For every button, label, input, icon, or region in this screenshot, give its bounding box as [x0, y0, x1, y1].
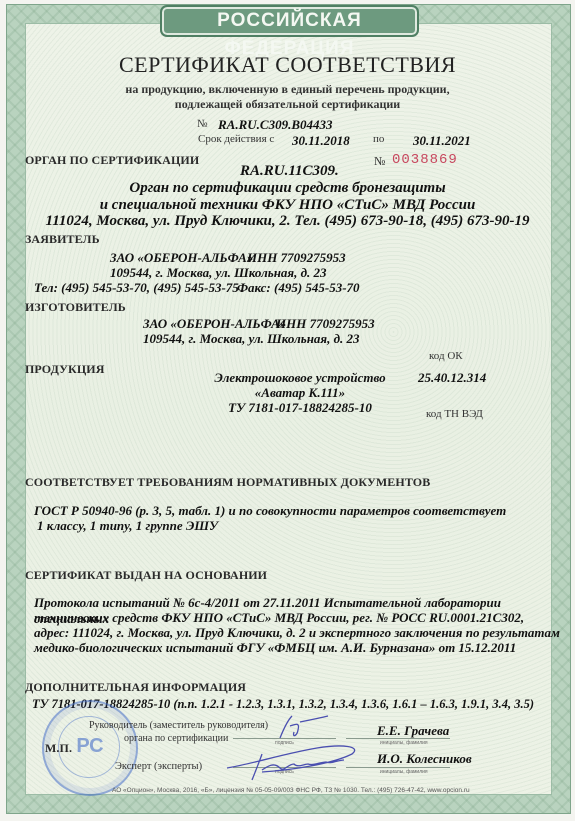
product-label: ПРОДУКЦИЯ: [25, 362, 104, 377]
expert-name-caption: инициалы, фамилия: [380, 769, 428, 775]
cert-body-line-3: 111024, Москва, ул. Пруд Ключики, 2. Тел…: [0, 213, 575, 230]
manufacturer-label: ИЗГОТОВИТЕЛЬ: [25, 300, 126, 315]
head-signature: [270, 712, 330, 742]
additional-label: ДОПОЛНИТЕЛЬНАЯ ИНФОРМАЦИЯ: [25, 680, 246, 695]
applicant-inn: ИНН 7709275953: [247, 250, 346, 266]
product-line-3: ТУ 7181-017-18824285-10: [140, 400, 460, 416]
applicant-fax: Факс: (495) 545-53-70: [237, 280, 360, 296]
validity-from: 30.11.2018: [292, 133, 350, 149]
product-line-2: «Аватар К.111»: [140, 385, 460, 401]
validity-to-label: по: [373, 133, 384, 145]
ok-code-label: код ОК: [429, 350, 463, 362]
manufacturer-name: ЗАО «ОБЕРОН-АЛЬФА»: [143, 316, 286, 332]
country-banner: РОССИЙСКАЯ ФЕДЕРАЦИЯ: [160, 5, 419, 37]
conformity-label: СООТВЕТСТВУЕТ ТРЕБОВАНИЯМ НОРМАТИВНЫХ ДО…: [25, 475, 430, 490]
manufacturer-inn: ИНН 7709275953: [276, 316, 375, 332]
certificate-number: RA.RU.C309.B04433: [218, 117, 333, 133]
applicant-name: ЗАО «ОБЕРОН-АЛЬФА»: [110, 250, 253, 266]
applicant-address: 109544, г. Москва, ул. Школьная, д. 23: [110, 265, 327, 281]
basis-line-2: технических средств ФКУ НПО «СТиС» МВД Р…: [34, 610, 524, 626]
basis-line-3: адрес: 111024, г. Москва, ул. Пруд Ключи…: [34, 625, 560, 641]
cert-body-line-1: Орган по сертификации средств бронезащит…: [0, 180, 575, 197]
head-name-caption: инициалы, фамилия: [380, 740, 428, 746]
applicant-phones: Тел: (495) 545-53-70, (495) 545-53-75: [34, 280, 239, 296]
certificate-title: СЕРТИФИКАТ СООТВЕТСТВИЯ: [0, 52, 575, 78]
cert-body-label: ОРГАН ПО СЕРТИФИКАЦИИ: [25, 153, 199, 168]
expert-name: И.О. Колесников: [377, 751, 472, 767]
head-label-line-2: органа по сертификации: [124, 733, 228, 744]
product-line-1: Электрошоковое устройство: [140, 370, 460, 386]
serial-label: №: [374, 154, 385, 169]
serial-number: 0038869: [392, 152, 458, 168]
expert-signature: [222, 740, 372, 785]
head-name: Е.Е. Грачева: [377, 723, 449, 739]
validity-from-label: Срок действия с: [198, 133, 274, 145]
manufacturer-address: 109544, г. Москва, ул. Школьная, д. 23: [143, 331, 360, 347]
subtitle-line-2: подлежащей обязательной сертификации: [0, 97, 575, 112]
conformity-line-1: ГОСТ Р 50940-96 (р. 3, 5, табл. 1) и по …: [34, 503, 506, 519]
basis-label: СЕРТИФИКАТ ВЫДАН НА ОСНОВАНИИ: [25, 568, 267, 583]
number-label: №: [197, 118, 208, 130]
expert-label: Эксперт (эксперты): [115, 761, 202, 772]
printer-imprint: АО «Опцион», Москва, 2016, «Б», лицензия…: [112, 787, 470, 794]
subtitle-line-1: на продукцию, включенную в единый перече…: [0, 82, 575, 97]
validity-to: 30.11.2021: [413, 133, 471, 149]
basis-line-4: медико-биологических испытаний ФГУ «ФМБЦ…: [34, 640, 516, 656]
seal-label: М.П.: [45, 741, 72, 756]
head-label-line-1: Руководитель (заместитель руководителя): [89, 720, 268, 731]
conformity-line-2: 1 классу, 1 типу, 1 группе ЭШУ: [37, 518, 218, 534]
cert-body-code: RA.RU.11C309.: [240, 163, 339, 180]
applicant-label: ЗАЯВИТЕЛЬ: [25, 232, 100, 247]
cert-body-line-2: и специальной техники ФКУ НПО «СТиС» МВД…: [0, 197, 575, 214]
